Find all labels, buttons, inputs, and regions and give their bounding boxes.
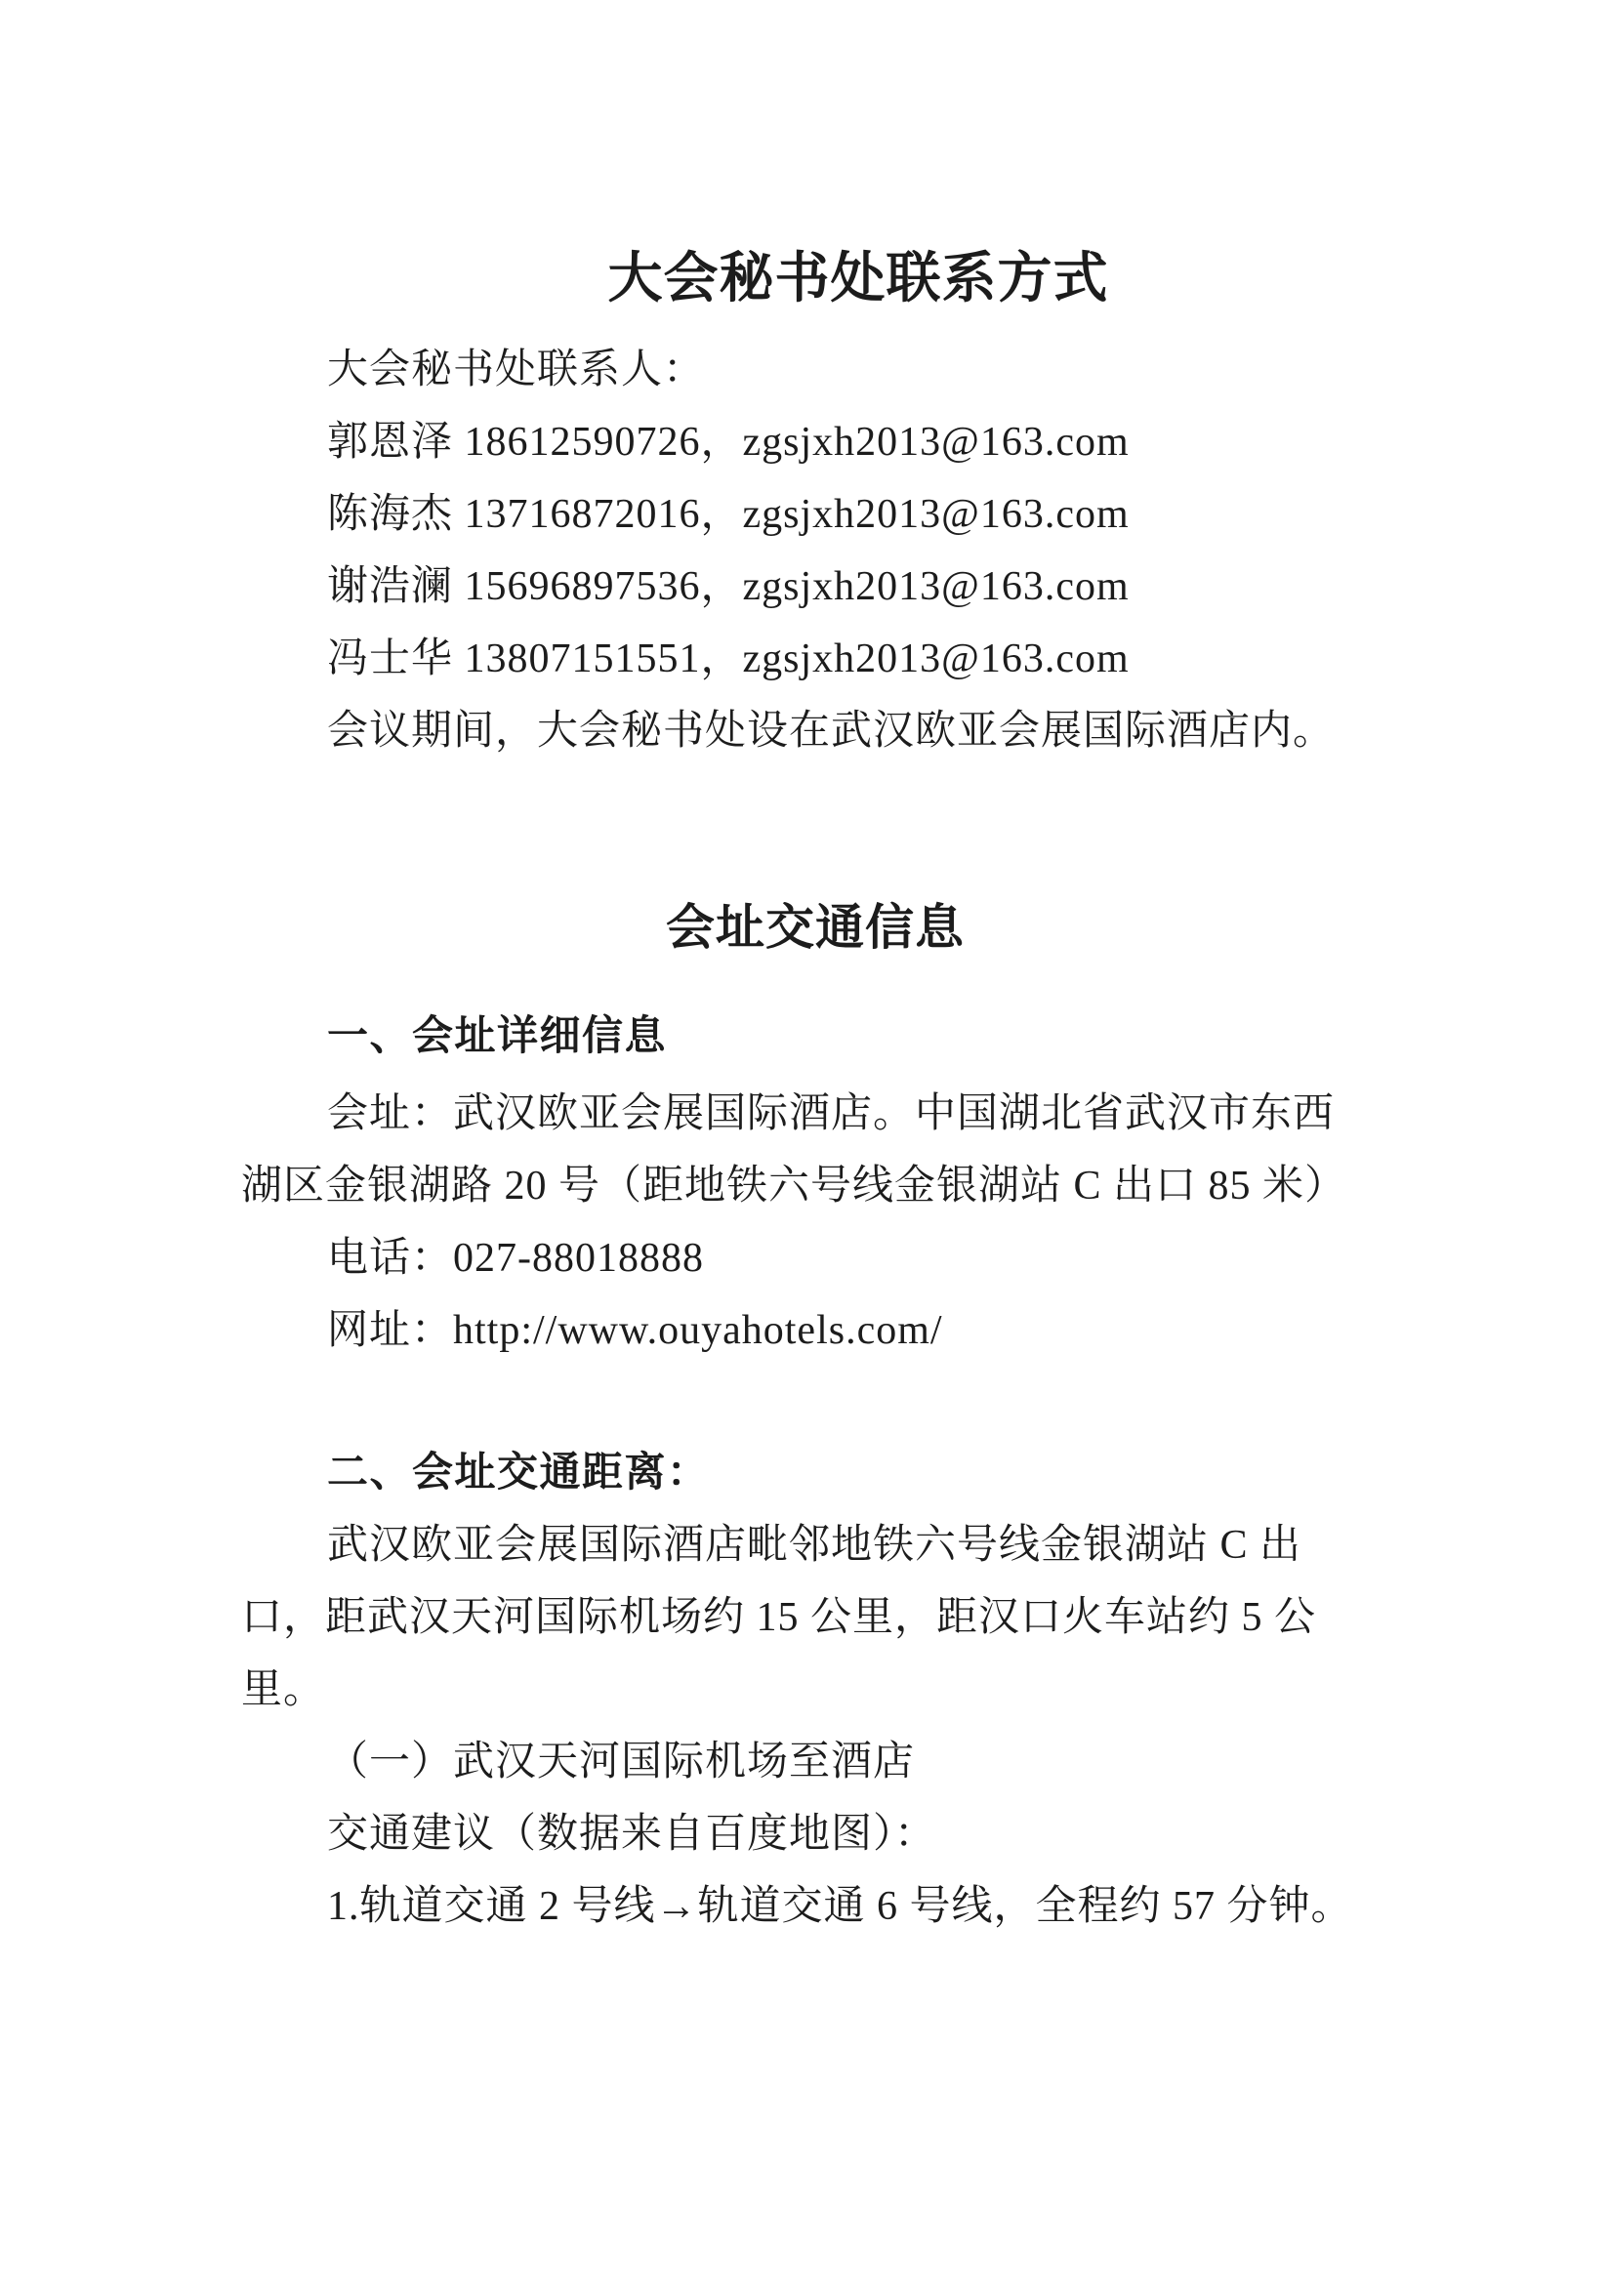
route1-tip: 交通建议（数据来自百度地图）： <box>241 1798 1389 1870</box>
venue-address-line: 会址：武汉欧亚会展国际酒店。中国湖北省武汉市东西 <box>327 1091 1335 1136</box>
page-title: 大会秘书处联系方式 <box>241 237 1389 321</box>
venue-details-heading: 一、会址详细信息 <box>241 1001 1389 1073</box>
secretariat-note: 会议期间，大会秘书处设在武汉欧亚会展国际酒店内。 <box>241 695 1389 767</box>
venue-distance: 武汉欧亚会展国际酒店毗邻地铁六号线金银湖站 C 出 口，距武汉天河国际机场约 1… <box>241 1509 1389 1726</box>
contact-line: 谢浩澜 15696897536，zgsjxh2013@163.com <box>241 551 1389 623</box>
document-page: 大会秘书处联系方式 大会秘书处联系人： 郭恩泽 18612590726，zgsj… <box>0 0 1609 2296</box>
route1-heading: （一）武汉天河国际机场至酒店 <box>241 1726 1389 1798</box>
contact-line: 陈海杰 13716872016，zgsjxh2013@163.com <box>241 478 1389 551</box>
venue-website: 网址：http://www.ouyahotels.com/ <box>241 1294 1389 1367</box>
contact-intro: 大会秘书处联系人： <box>241 334 1389 406</box>
secretariat-section: 大会秘书处联系人： 郭恩泽 18612590726，zgsjxh2013@163… <box>241 334 1389 767</box>
venue-phone: 电话：027-88018888 <box>241 1222 1389 1294</box>
contact-line: 郭恩泽 18612590726，zgsjxh2013@163.com <box>241 406 1389 478</box>
venue-address: 会址：武汉欧亚会展国际酒店。中国湖北省武汉市东西 湖区金银湖路 20 号（距地铁… <box>241 1078 1389 1222</box>
venue-distance-heading: 二、会址交通距离： <box>241 1437 1389 1509</box>
venue-distance-line: 武汉欧亚会展国际酒店毗邻地铁六号线金银湖站 C 出 <box>327 1523 1301 1568</box>
venue-section-title: 会址交通信息 <box>241 888 1389 966</box>
venue-distance-line: 口，距武汉天河国际机场约 15 公里，距汉口火车站约 5 公 <box>241 1595 1316 1640</box>
venue-address-line: 湖区金银湖路 20 号（距地铁六号线金银湖站 C 出口 85 米） <box>241 1164 1346 1209</box>
route1-step: 1.轨道交通 2 号线→轨道交通 6 号线，全程约 57 分钟。 <box>241 1870 1389 1943</box>
venue-distance-line: 里。 <box>241 1667 325 1712</box>
venue-section: 一、会址详细信息 会址：武汉欧亚会展国际酒店。中国湖北省武汉市东西 湖区金银湖路… <box>241 1001 1389 1943</box>
contact-line: 冯士华 13807151551，zgsjxh2013@163.com <box>241 623 1389 695</box>
